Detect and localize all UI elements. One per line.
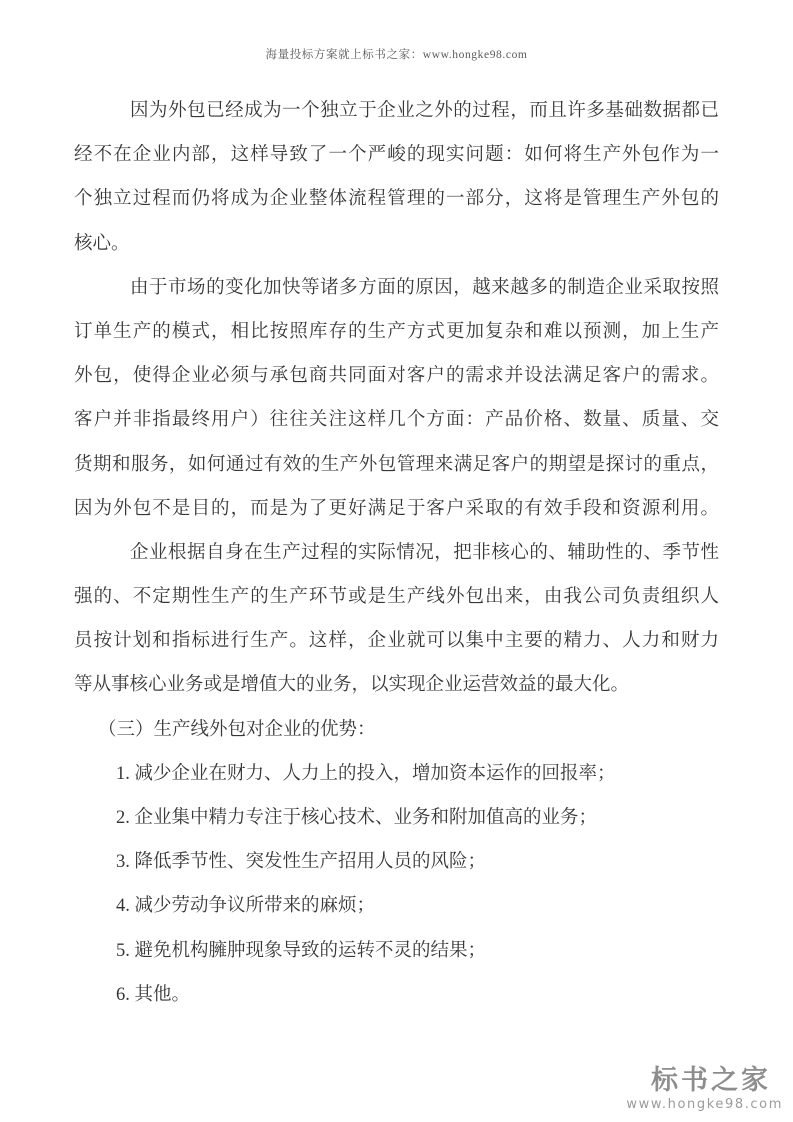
body-line: 客户并非指最终用户）往往关注这样几个方面：产品价格、数量、质量、交: [74, 398, 719, 442]
watermark-logo: 标书之家: [626, 1066, 783, 1096]
body-line: 经不在企业内部，这样导致了一个严峻的现实问题：如何将生产外包作为一: [74, 133, 719, 177]
body-line: 个独立过程而仍将成为企业整体流程管理的一部分，这将是管理生产外包的: [74, 177, 719, 221]
numbered-item: 6. 其他。: [74, 973, 719, 1017]
numbered-item: 2. 企业集中精力专注于核心技术、业务和附加值高的业务；: [74, 796, 719, 840]
watermark-url: www.hongke98.com: [626, 1097, 783, 1113]
numbered-item: 1. 减少企业在财力、人力上的投入，增加资本运作的回报率；: [74, 752, 719, 796]
body-line: 核心。: [74, 222, 719, 266]
document-body: 因为外包已经成为一个独立于企业之外的过程，而且许多基础数据都已 经不在企业内部，…: [74, 89, 719, 1017]
body-line: 因为外包已经成为一个独立于企业之外的过程，而且许多基础数据都已: [74, 89, 719, 133]
numbered-item: 5. 避免机构臃肿现象导致的运转不灵的结果；: [74, 929, 719, 973]
body-line: 员按计划和指标进行生产。这样，企业就可以集中主要的精力、人力和财力: [74, 619, 719, 663]
watermark: 标书之家 www.hongke98.com: [626, 1066, 783, 1113]
body-line: 强的、不定期性生产的生产环节或是生产线外包出来，由我公司负责组织人: [74, 575, 719, 619]
body-line: 等从事核心业务或是增值大的业务，以实现企业运营效益的最大化。: [74, 663, 719, 707]
body-line: 订单生产的模式，相比按照库存的生产方式更加复杂和难以预测，加上生产: [74, 310, 719, 354]
numbered-item: 4. 减少劳动争议所带来的麻烦；: [74, 884, 719, 928]
body-line: 外包，使得企业必须与承包商共同面对客户的需求并设法满足客户的需求。: [74, 354, 719, 398]
body-line: 因为外包不是目的，而是为了更好满足于客户采取的有效手段和资源利用。: [74, 487, 719, 531]
body-line: 由于市场的变化加快等诸多方面的原因，越来越多的制造企业采取按照: [74, 266, 719, 310]
numbered-item: 3. 降低季节性、突发性生产招用人员的风险；: [74, 840, 719, 884]
section-heading: （三）生产线外包对企业的优势：: [74, 708, 719, 752]
body-line: 货期和服务，如何通过有效的生产外包管理来满足客户的期望是探讨的重点，: [74, 443, 719, 487]
page-header-text: 海量投标方案就上标书之家：www.hongke98.com: [0, 47, 793, 64]
body-line: 企业根据自身在生产过程的实际情况，把非核心的、辅助性的、季节性: [74, 531, 719, 575]
document-page: 海量投标方案就上标书之家：www.hongke98.com 因为外包已经成为一个…: [0, 0, 793, 1122]
